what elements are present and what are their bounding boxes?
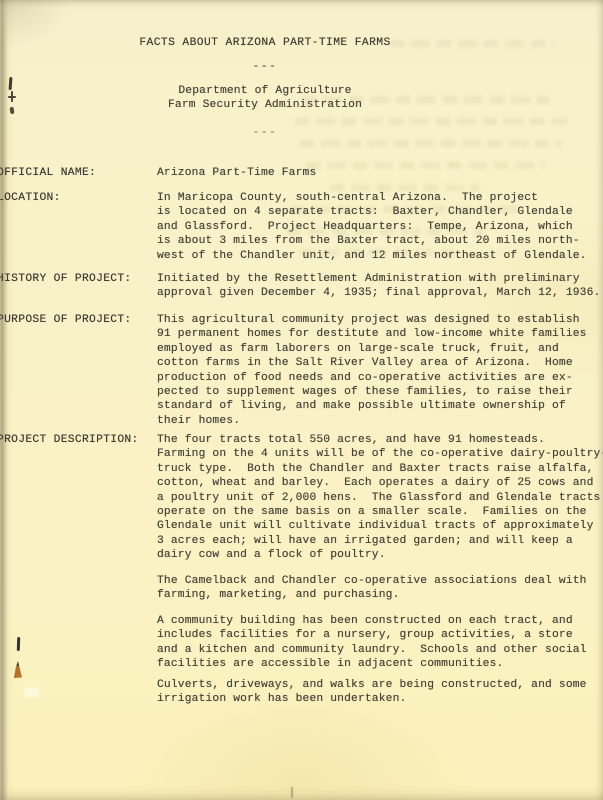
ink-mark bbox=[8, 96, 16, 98]
document-title: FACTS ABOUT ARIZONA PART-TIME FARMS bbox=[95, 36, 435, 50]
section-text-purpose: This agricultural community project was … bbox=[157, 313, 603, 428]
agency-name-line2: Farm Security Administration bbox=[95, 98, 435, 112]
scanned-document-page: FACTS ABOUT ARIZONA PART-TIME FARMS --- … bbox=[0, 0, 603, 800]
paper-blemish bbox=[23, 687, 40, 698]
bleed-through-text bbox=[330, 184, 480, 191]
section-text-location: In Maricopa County, south-central Arizon… bbox=[157, 191, 603, 263]
separator-dashes: --- bbox=[95, 60, 435, 74]
ink-mark bbox=[9, 77, 13, 90]
section-text-official-name: Arizona Part-Time Farms bbox=[157, 166, 603, 180]
ink-mark bbox=[10, 107, 15, 114]
section-text-description-3: A community building has been constructe… bbox=[157, 614, 603, 672]
separator-dashes: --- bbox=[95, 126, 435, 140]
ink-mark bbox=[291, 787, 293, 798]
section-label-description: PROJECT DESCRIPTION: bbox=[0, 433, 139, 447]
section-text-description-4: Culverts, driveways, and walks are being… bbox=[157, 678, 603, 707]
section-label-official-name: OFFICIAL NAME: bbox=[0, 166, 96, 180]
section-text-history: Initiated by the Resettlement Administra… bbox=[157, 272, 603, 301]
bleed-through-text bbox=[300, 140, 562, 147]
section-label-location: LOCATION: bbox=[0, 191, 61, 205]
ink-mark bbox=[17, 637, 20, 651]
scan-left-edge bbox=[0, 0, 8, 800]
section-text-description-2: The Camelback and Chandler co-operative … bbox=[157, 574, 603, 603]
agency-name-line1: Department of Agriculture bbox=[95, 84, 435, 98]
section-label-purpose: PURPOSE OF PROJECT: bbox=[0, 313, 132, 327]
section-label-history: HISTORY OF PROJECT: bbox=[0, 272, 132, 286]
document-header: FACTS ABOUT ARIZONA PART-TIME FARMS --- … bbox=[95, 36, 435, 140]
ink-mark bbox=[13, 661, 22, 678]
section-text-description-1: The four tracts total 550 acres, and hav… bbox=[157, 433, 603, 563]
